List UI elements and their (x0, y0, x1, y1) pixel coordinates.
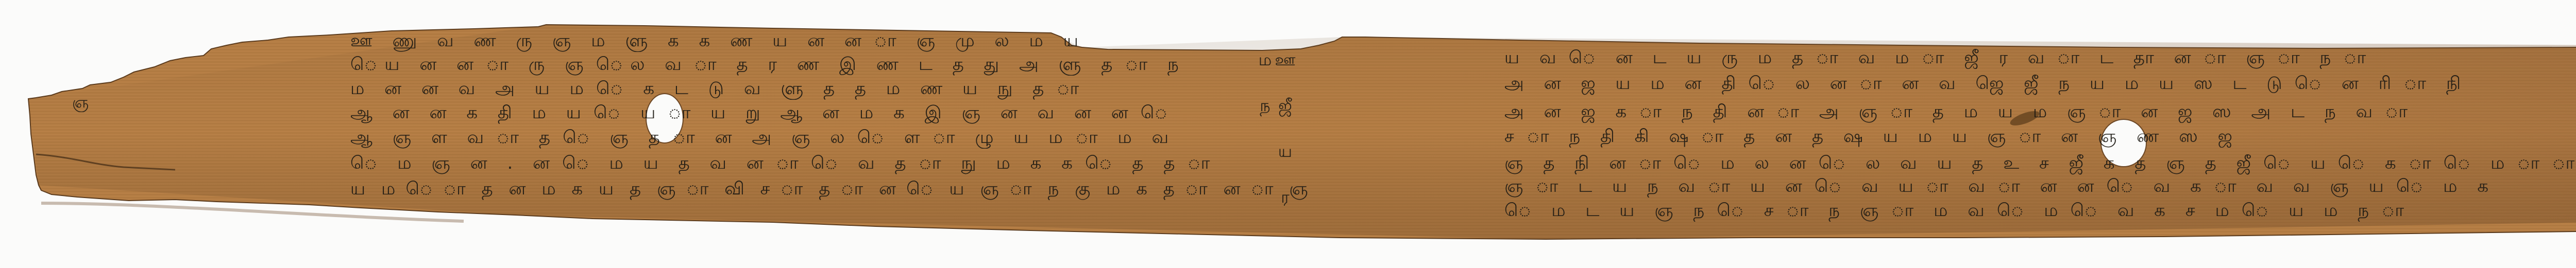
margin-glyph: ய ர (1277, 143, 1297, 212)
left-text-line-2: ெய ன ன ா ரு ஞ ெல வ ா த ர ண இ ண ட த து அ … (350, 56, 1186, 73)
margin-mark-left: ஞ (72, 95, 96, 111)
margin-glyph: ம (1257, 51, 1277, 75)
left-text-line-4: ஆ ன ன க தி ம ய ெ ய ா ய று ஆ ன ம க இ ஞ ன … (350, 104, 1175, 121)
margin-glyph: ந (1257, 97, 1277, 120)
right-text-line-1: ய வ ெ ன ட ய ரு ம த ா வ ம ா ஜீ ர வ ா ட தா… (1504, 49, 2373, 66)
right-text-line-3: அ ன ஜ க ா ந தி ன ா அ ஞ ா த ம ய ம ஞ ா ன ஜ… (1504, 103, 2415, 120)
left-text-line-7: ய ம ெ ா த ன ம க ய த ஞ ா வி ச ா த ா ன ெ ய… (350, 180, 1313, 198)
left-text-line-3: ம ன ன வ அ ய ம ெ க ட டு வ ளு த த ம ண ய நு… (350, 80, 1086, 97)
right-text-line-5: ஞ த நி ன ா ெ ம ல ன ெ ல வ ய த உ ச ஜீ க த … (1504, 154, 2576, 172)
photo-stage: ஞ ஊ ணு வ ண ரு ஞ ம ளு க க ண ய ன ன ா ஞ மு … (0, 0, 2576, 268)
left-text-line-5: ஆ ஞ ள வ ா த ெ ஞ த ா ன அ ஞ ல ெ ள ா ழு ய ம… (350, 129, 1176, 146)
right-text-line-2: அ ன ஜ ய ம ன தி ெ ல ன ா ன வ ஜெ ஜீ ந ய ம ய… (1504, 75, 2468, 92)
left-text-line-6: ெ ம ஞ ன . ன ெ ம ய த வ ன ா ெ வ த ா நு ம க… (350, 154, 1217, 172)
middle-margin-column: ஊ ஜீ ய ர ம ந (1257, 51, 1297, 221)
right-text-line-7: ெ ம ட ய ஞ ந ெ ச ா ந ஞ ா ம வ ெ ம ெ வ க ச … (1504, 202, 2411, 219)
right-text-line-6: ஞ ா ட ய ந வ ா ய ன ெ வ ய ா வ ா ன ன ெ வ க … (1504, 177, 2496, 195)
left-text-line-1: ஊ ணு வ ண ரு ஞ ம ளு க க ண ய ன ன ா ஞ மு ல … (350, 32, 1086, 49)
margin-glyph: ஜீ (1277, 97, 1297, 120)
right-text-line-4: ச ா ந தி கி ஷ ா த ன த ஷ ய ம ய ஞ ா ன ஞ ண … (1504, 128, 2240, 145)
margin-glyph: ஊ (1277, 51, 1297, 75)
